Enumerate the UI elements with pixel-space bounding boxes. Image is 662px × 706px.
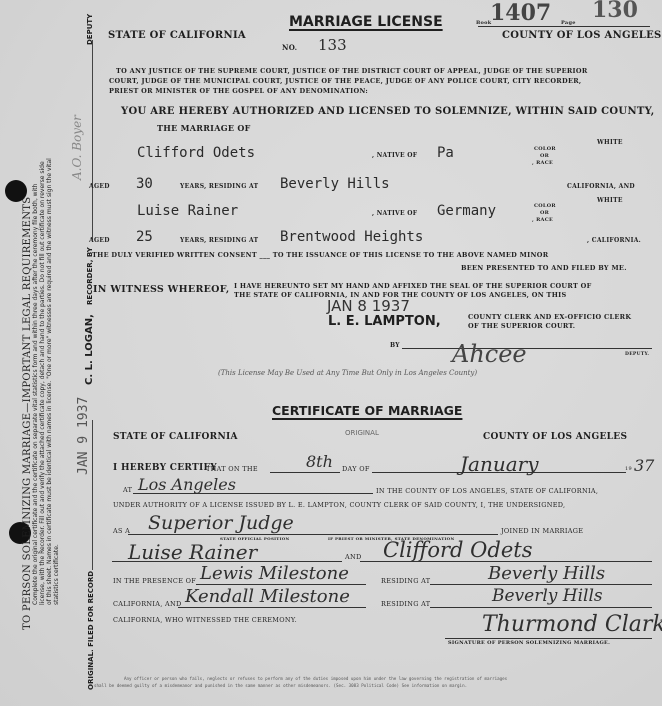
- bride-or-label: OR: [540, 210, 549, 216]
- groom-native-label: , NATIVE OF: [372, 152, 417, 159]
- license-county: COUNTY OF LOS ANGELES: [502, 30, 662, 41]
- recorder-line: [92, 40, 93, 240]
- footer-text-2: shall be deemed guilty of a misdemeanor …: [94, 683, 467, 688]
- witness1-residence-line: [430, 584, 652, 585]
- and-label: AND: [345, 553, 362, 561]
- groom-aged-label: AGED: [89, 183, 110, 190]
- witness-text-1: I HAVE HEREUNTO SET MY HAND AND AFFIXED …: [234, 282, 592, 290]
- california-and-label: CALIFORNIA, AND: [567, 183, 635, 190]
- bride-color-label: COLOR: [534, 203, 556, 209]
- deputy-signature: Ahcee: [452, 340, 527, 368]
- clerk-name: L. E. LAMPTON,: [328, 314, 441, 329]
- page-number: 130: [592, 0, 638, 23]
- groom-native-of: Pa: [437, 145, 454, 161]
- groom-or-label: OR: [540, 153, 549, 159]
- day-of-label: DAY OF: [342, 465, 370, 473]
- groom-age: 30: [136, 176, 153, 192]
- margin-instructions-2: license, with the Recorder. Fill out and…: [39, 161, 46, 605]
- cert-witness2-residence: Beverly Hills: [492, 586, 603, 606]
- bride-age: 25: [136, 229, 153, 245]
- cert-witness2: Kendall Milestone: [185, 586, 350, 607]
- recorder-name: C. L. LOGAN,: [84, 314, 95, 385]
- license-no-label: NO.: [282, 43, 297, 52]
- bride-native-label: , NATIVE OF: [372, 210, 417, 217]
- cert-original: ORIGINAL: [345, 429, 379, 437]
- consent-line: THE DULY VERIFIED WRITTEN CONSENT ___ TO…: [92, 251, 548, 259]
- cert-position: Superior Judge: [148, 512, 294, 534]
- deputy-signature-line: [402, 348, 652, 349]
- license-state: STATE OF CALIFORNIA: [108, 30, 246, 41]
- residing-label-1: RESIDING AT: [381, 577, 430, 585]
- cert-month: January: [460, 452, 539, 476]
- presented-line: BEEN PRESENTED TO AND FILED BY ME.: [461, 264, 627, 272]
- cert-county: COUNTY OF LOS ANGELES: [483, 432, 627, 442]
- groom-name: Clifford Odets: [137, 145, 255, 161]
- address-line-2: COURT, JUDGE OF THE MUNICIPAL COURT, JUS…: [109, 77, 581, 85]
- cert-witness1: Lewis Milestone: [200, 563, 349, 584]
- address-line-1: TO ANY JUSTICE OF THE SUPREME COURT, JUS…: [116, 67, 588, 75]
- filed-date-stamp: JAN 9 1937: [76, 397, 91, 475]
- margin-instructions-4: statistics certificate.: [53, 544, 60, 605]
- signature-label: SIGNATURE OF PERSON SOLEMNIZING MARRIAGE…: [448, 640, 610, 646]
- authorized-line: YOU ARE HEREBY AUTHORIZED AND LICENSED T…: [121, 106, 655, 117]
- license-title: MARRIAGE LICENSE: [289, 14, 443, 30]
- bride-aged-label: AGED: [89, 237, 110, 244]
- bride-residing-label: YEARS, RESIDING AT: [180, 237, 258, 244]
- groom-residence: Beverly Hills: [280, 176, 390, 192]
- witness2-line: [178, 607, 366, 608]
- cert-place: Los Angeles: [138, 475, 236, 494]
- witness-whereof-label: IN WITNESS WHEREOF,: [93, 284, 229, 295]
- in-county-text: IN THE COUNTY OF LOS ANGELES, STATE OF C…: [376, 487, 598, 495]
- witnessed-line: CALIFORNIA, WHO WITNESSED THE CEREMONY.: [113, 616, 297, 624]
- witness1-line: [196, 584, 366, 585]
- deputy-label: DEPUTY.: [625, 352, 649, 357]
- filed-line: [92, 420, 93, 570]
- witness2-residence-line: [430, 607, 652, 608]
- bride-race: WHITE: [597, 197, 623, 204]
- groom-residing-label: YEARS, RESIDING AT: [180, 183, 258, 190]
- usage-note: (This License May Be Used at Any Time Bu…: [218, 369, 477, 377]
- bride-name: Luise Rainer: [137, 203, 238, 219]
- marriage-license-document: TO PERSON SOLEMNIZING MARRIAGE—IMPORTANT…: [0, 0, 662, 706]
- cert-party2: Clifford Odets: [383, 538, 532, 562]
- footer-text-1: Any officer or person who fails, neglect…: [124, 676, 507, 681]
- book-page-line: [478, 26, 650, 27]
- issue-date-stamp: JAN 8 1937: [327, 297, 410, 315]
- bride-native-of: Germany: [437, 203, 496, 219]
- groom-race-label: , RACE: [532, 160, 553, 166]
- license-number: 133: [318, 36, 347, 54]
- filed-for-record-label: ORIGINAL. FILED FOR RECORD: [87, 571, 95, 690]
- officiant-signature-line: [445, 638, 652, 639]
- certificate-title: CERTIFICATE OF MARRIAGE: [272, 403, 462, 418]
- margin-instructions-1: Complete the original certificate and th…: [32, 184, 39, 605]
- day-line: [270, 472, 340, 473]
- bride-residence: Brentwood Heights: [280, 229, 423, 245]
- officiant-signature: Thurmond Clarke: [482, 612, 662, 637]
- margin-deputy-label: DEPUTY: [86, 14, 94, 45]
- residing-label-2: RESIDING AT: [381, 600, 430, 608]
- that-on-the-label: THAT ON THE: [206, 465, 258, 473]
- authority-line: UNDER AUTHORITY OF A LICENSE ISSUED BY L…: [113, 501, 565, 509]
- cert-year: 37: [634, 456, 654, 475]
- presence-label: IN THE PRESENCE OF: [113, 577, 196, 585]
- clerk-title-1: COUNTY CLERK AND EX-OFFICIO CLERK: [468, 313, 631, 321]
- california-and-label-2: CALIFORNIA, AND: [113, 600, 181, 608]
- margin-instructions-3: of this sheet. Names in certificate must…: [46, 158, 53, 605]
- groom-race: WHITE: [597, 139, 623, 146]
- bride-race-label: , RACE: [532, 217, 553, 223]
- by-label: BY: [390, 342, 400, 349]
- groom-color-label: COLOR: [534, 146, 556, 152]
- year-prefix: 19: [625, 466, 632, 472]
- california-label: , CALIFORNIA.: [587, 237, 641, 244]
- cert-party1: Luise Rainer: [128, 540, 257, 564]
- cert-day: 8th: [306, 452, 333, 471]
- joined-label: JOINED IN MARRIAGE: [501, 527, 583, 535]
- address-line-3: PRIEST OR MINISTER OF THE GOSPEL OF ANY …: [109, 87, 368, 95]
- certify-label: I HEREBY CERTIFY: [113, 463, 217, 473]
- clerk-title-2: OF THE SUPERIOR COURT.: [468, 322, 575, 330]
- at-label: AT: [123, 486, 132, 494]
- cert-state: STATE OF CALIFORNIA: [113, 432, 238, 442]
- book-number: 1407: [490, 0, 551, 26]
- recorder-deputy-signature: A.O. Boyer: [70, 115, 84, 180]
- position-line: [128, 534, 498, 535]
- marriage-of-label: THE MARRIAGE OF: [157, 123, 251, 133]
- cert-witness1-residence: Beverly Hills: [488, 563, 605, 584]
